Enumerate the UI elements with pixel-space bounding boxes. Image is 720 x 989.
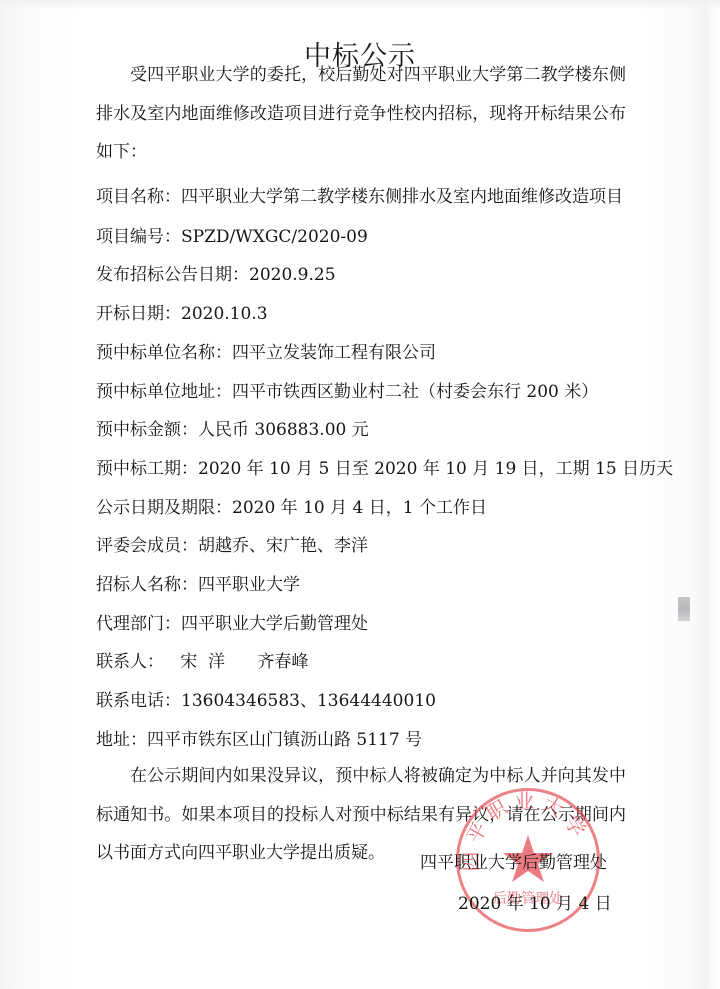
field-label: 预中标单位地址： bbox=[96, 382, 232, 402]
field-label: 评委会成员： bbox=[96, 536, 198, 556]
field-value: SPZD/WXGC/2020-09 bbox=[181, 227, 368, 247]
field-label: 联系人： bbox=[96, 652, 164, 672]
field-contacts: 联系人： 宋 洋 齐春峰 bbox=[96, 650, 308, 674]
field-committee: 评委会成员：胡越乔、宋广艳、李洋 bbox=[96, 534, 368, 558]
field-label: 预中标金额： bbox=[96, 420, 198, 440]
field-label: 公示日期及期限： bbox=[96, 498, 232, 518]
field-tenderer: 招标人名称：四平职业大学 bbox=[96, 573, 300, 597]
field-value: 胡越乔、宋广艳、李洋 bbox=[198, 536, 368, 556]
field-value: 人民币 306883.00 元 bbox=[198, 420, 369, 440]
field-label: 地址： bbox=[96, 730, 147, 750]
field-address: 地址：四平市铁东区山门镇沥山路 5117 号 bbox=[96, 728, 422, 752]
field-value: 2020 年 10 月 5 日至 2020 年 10 月 19 日，工期 15 … bbox=[198, 459, 673, 479]
field-agency: 代理部门：四平职业大学后勤管理处 bbox=[96, 612, 368, 636]
field-value: 四平职业大学后勤管理处 bbox=[181, 614, 368, 634]
field-value: 四平职业大学第二教学楼东侧排水及室内地面维修改造项目 bbox=[181, 187, 623, 207]
field-label: 预中标单位名称： bbox=[96, 343, 232, 363]
field-project-number: 项目编号：SPZD/WXGC/2020-09 bbox=[96, 225, 368, 249]
field-announce-date: 发布招标公告日期：2020.9.25 bbox=[96, 263, 336, 287]
intro-paragraph: 受四平职业大学的委托，校后勤处对四平职业大学第二教学楼东侧排水及室内地面维修改造… bbox=[96, 56, 626, 172]
field-phone: 联系电话：13604346583、13644440010 bbox=[96, 689, 436, 713]
field-value: 2020.10.3 bbox=[181, 304, 268, 324]
field-value: 四平市铁东区山门镇沥山路 5117 号 bbox=[147, 730, 422, 750]
field-open-date: 开标日期：2020.10.3 bbox=[96, 302, 268, 326]
signature-date: 2020 年 10 月 4 日 bbox=[458, 889, 612, 914]
field-winner-name: 预中标单位名称：四平立发装饰工程有限公司 bbox=[96, 341, 436, 365]
field-label: 预中标工期： bbox=[96, 459, 198, 479]
field-label: 代理部门： bbox=[96, 614, 181, 634]
field-value: 四平市铁西区勤业村二社（村委会东行 200 米） bbox=[232, 382, 598, 402]
scan-artifact bbox=[678, 597, 690, 621]
field-label: 项目编号： bbox=[96, 227, 181, 247]
field-label: 开标日期： bbox=[96, 304, 181, 324]
field-label: 招标人名称： bbox=[96, 575, 198, 595]
field-project-name: 项目名称：四平职业大学第二教学楼东侧排水及室内地面维修改造项目 bbox=[96, 185, 623, 209]
field-value: 宋 洋 齐春峰 bbox=[164, 652, 308, 672]
signature-organization: 四平职业大学后勤管理处 bbox=[420, 848, 607, 873]
field-label: 联系电话： bbox=[96, 691, 181, 711]
field-label: 发布招标公告日期： bbox=[96, 265, 249, 285]
field-label: 项目名称： bbox=[96, 187, 181, 207]
field-value: 2020.9.25 bbox=[249, 265, 336, 285]
field-value: 四平职业大学 bbox=[198, 575, 300, 595]
scan-shadow bbox=[0, 0, 720, 10]
field-duration: 预中标工期：2020 年 10 月 5 日至 2020 年 10 月 19 日，… bbox=[96, 457, 673, 481]
field-value: 2020 年 10 月 4 日，1 个工作日 bbox=[232, 498, 487, 518]
field-amount: 预中标金额：人民币 306883.00 元 bbox=[96, 418, 369, 442]
field-winner-address: 预中标单位地址：四平市铁西区勤业村二社（村委会东行 200 米） bbox=[96, 380, 598, 404]
field-publicity-period: 公示日期及期限：2020 年 10 月 4 日，1 个工作日 bbox=[96, 496, 487, 520]
field-value: 13604346583、13644440010 bbox=[181, 691, 436, 711]
field-value: 四平立发装饰工程有限公司 bbox=[232, 343, 436, 363]
page-edge bbox=[708, 0, 720, 989]
